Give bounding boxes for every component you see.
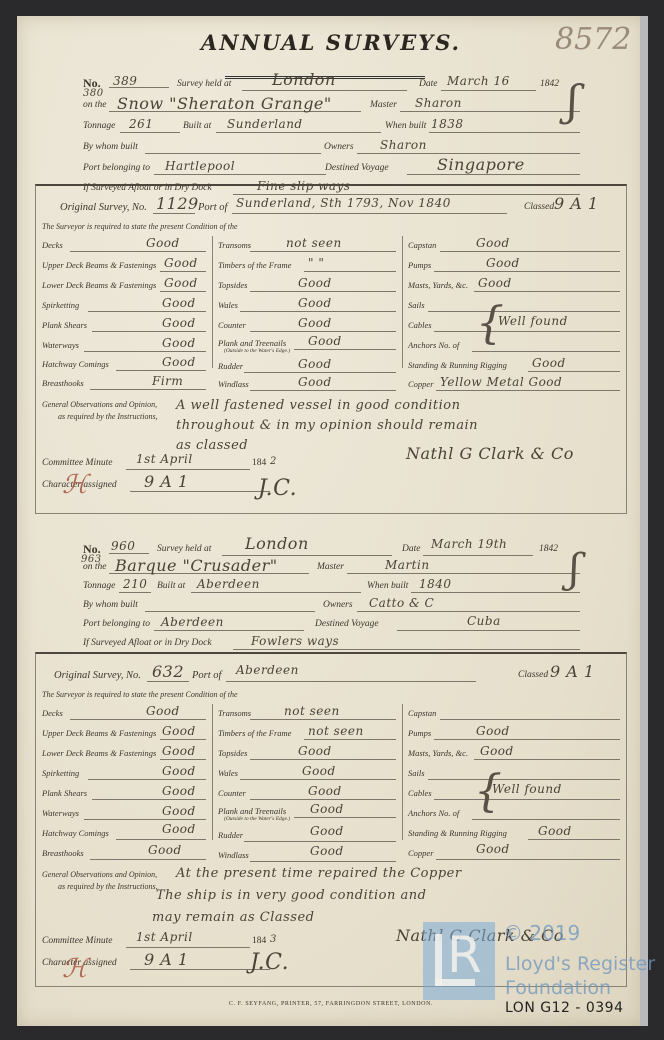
survey-number-alt: 380 (83, 88, 104, 99)
capstan-label: Capstan (408, 708, 436, 718)
owners-label: Owners (324, 142, 354, 152)
pumps-value: Good (486, 256, 520, 270)
watermark-line-2: Foundation (505, 977, 611, 999)
topsides-label: Topsides (218, 748, 247, 758)
counter-label: Counter (218, 320, 246, 330)
breasthooks-value: Firm (152, 374, 183, 388)
general-observations-label: General Observations and Opinion, (42, 870, 157, 879)
capstan-label: Capstan (408, 240, 436, 250)
vessel-value: Barque "Crusader" (115, 556, 278, 575)
committee-minute-label: Committee Minute (42, 936, 112, 946)
document-title: ANNUAL SURVEYS. (17, 30, 645, 55)
anchors-field (472, 808, 620, 820)
hatchway-comings-label: Hatchway Comings (42, 359, 109, 369)
topsides-value: Good (298, 276, 332, 290)
built-at-value: Aberdeen (197, 577, 260, 591)
rigging-label: Standing & Running Rigging (408, 828, 507, 838)
destined-voyage-value: Singapore (437, 155, 525, 174)
survey-number: 960 (111, 539, 135, 553)
classed-label: Classed (524, 202, 554, 212)
timbers-label: Timbers of the Frame (218, 728, 291, 738)
decks-value: Good (146, 236, 180, 250)
waterways-label: Waterways (42, 808, 79, 818)
committee-initials: J.C. (250, 950, 289, 975)
spirketting-label: Spirketting (42, 768, 79, 778)
hatchway-comings-value: Good (162, 822, 196, 836)
rudder-label: Rudder (218, 361, 243, 371)
red-initial-mark: ℋ (62, 954, 88, 984)
surveyor-signature: Nathl G Clark & Co (406, 444, 574, 463)
owners-value: Catto & C (369, 596, 434, 610)
pumps-field (434, 260, 620, 272)
rigging-label: Standing & Running Rigging (408, 360, 507, 370)
character-assigned-value: 9 A 1 (144, 950, 189, 969)
column-divider (402, 704, 403, 840)
master-value: Sharon (415, 96, 462, 110)
lower-deck-beams-label: Lower Deck Beams & Fastenings (42, 748, 156, 758)
column-divider (212, 704, 213, 840)
when-built-value: 1838 (431, 117, 464, 131)
archive-reference: LON G12 - 0394 (505, 1000, 624, 1016)
date-value: March 19th (431, 537, 507, 551)
decks-field (70, 708, 206, 720)
on-the-label: on the (83, 562, 106, 572)
destined-voyage-label: Destined Voyage (325, 163, 389, 173)
original-survey-value: 632 (152, 662, 184, 681)
timbers-value: not seen (308, 724, 364, 738)
spirketting-label: Spirketting (42, 300, 79, 310)
mount-edge (640, 16, 648, 1026)
destined-voyage-label: Destined Voyage (315, 619, 379, 629)
breasthooks-label: Breasthooks (42, 378, 84, 388)
observations-line-3: may remain as Classed (152, 910, 314, 925)
anchors-label: Anchors No. of (408, 808, 459, 818)
classed-value: 9 A 1 (550, 662, 595, 681)
port-belonging-label: Port belonging to (83, 163, 150, 173)
committee-initials: J.C. (258, 476, 297, 501)
watermark-line-1: Lloyd's Register (505, 953, 655, 975)
built-at-value: Sunderland (227, 117, 303, 131)
transoms-label: Transoms (218, 708, 251, 718)
capstan-field (440, 240, 620, 252)
port-of-value: Sunderland, Sth 1793, Nov 1840 (236, 196, 451, 210)
when-built-label: When built (367, 581, 408, 591)
original-survey-label: Original Survey, No. (60, 202, 147, 213)
survey-held-at-label: Survey held at (157, 544, 211, 554)
topsides-value: Good (298, 744, 332, 758)
by-whom-built-field (145, 600, 315, 612)
plank-treenails-label: Plank and Treenails (218, 806, 286, 816)
column-divider (402, 236, 403, 368)
rigging-value: Good (538, 824, 572, 838)
logo-r-glyph: R (447, 930, 482, 980)
spirketting-value: Good (162, 764, 196, 778)
on-the-label: on the (83, 100, 106, 110)
windlass-value: Good (310, 844, 344, 858)
transoms-value: not seen (284, 704, 340, 718)
wales-value: Good (298, 296, 332, 310)
pumps-label: Pumps (408, 260, 431, 270)
when-built-label: When built (385, 121, 426, 131)
cables-label: Cables (408, 320, 432, 330)
committee-minute-label: Committee Minute (42, 458, 112, 468)
pumps-field (434, 728, 620, 740)
survey-1-condition-box: Original Survey, No. 1129 Port of Sunder… (35, 184, 627, 514)
survey-number: 389 (113, 74, 137, 88)
observations-line-2: The ship is in very good condition and (156, 888, 426, 903)
timbers-value: " " (308, 256, 324, 270)
surveyor-required-label: The Surveyor is required to state the pr… (42, 222, 238, 231)
copper-field (436, 848, 620, 860)
observations-line-3: as classed (176, 438, 248, 453)
masts-yards-label: Masts, Yards, &c. (408, 280, 468, 290)
wales-label: Wales (218, 300, 238, 310)
windlass-value: Good (298, 375, 332, 389)
waterways-value: Good (162, 336, 196, 350)
by-whom-built-label: By whom built (83, 600, 138, 610)
breasthooks-field (90, 378, 206, 390)
classed-value: 9 A 1 (554, 194, 599, 213)
waterways-label: Waterways (42, 340, 79, 350)
decks-value: Good (146, 704, 180, 718)
sails-field (428, 768, 620, 780)
upper-deck-beams-value: Good (162, 724, 196, 738)
spirketting-value: Good (162, 296, 196, 310)
tonnage-label: Tonnage (83, 121, 115, 131)
copper-label: Copper (408, 379, 434, 389)
general-observations-sublabel: as required by the Instructions, (58, 412, 158, 421)
plank-treenails-note: (Outside to the Water's Edge.) (224, 348, 290, 354)
plank-treenails-note: (Outside to the Water's Edge.) (224, 816, 290, 822)
master-value: Martin (385, 558, 430, 572)
port-belonging-label: Port belonging to (83, 619, 150, 629)
copper-value: Yellow Metal Good (440, 375, 562, 389)
observations-line-1: At the present time repaired the Copper (176, 866, 462, 881)
built-at-label: Built at (157, 581, 185, 591)
plank-treenails-value: Good (308, 334, 342, 348)
topsides-label: Topsides (218, 280, 247, 290)
committee-minute-value: 1st April (136, 930, 193, 944)
survey-sheet: ANNUAL SURVEYS. 8572 No. 389 380 Survey … (17, 16, 645, 1026)
watermark-copyright: © 2019 (503, 921, 580, 945)
copper-label: Copper (408, 848, 434, 858)
anchors-field (472, 340, 620, 352)
by-whom-built-label: By whom built (83, 142, 138, 152)
windlass-label: Windlass (218, 379, 249, 389)
destined-voyage-value: Cuba (467, 614, 501, 628)
port-belonging-value: Aberdeen (161, 615, 224, 629)
waterways-value: Good (162, 804, 196, 818)
built-at-label: Built at (183, 121, 211, 131)
ledger-flourish: ʃ (567, 76, 578, 125)
lr-logo-watermark: R (423, 922, 495, 1000)
timbers-label: Timbers of the Frame (218, 260, 291, 270)
committee-year-suffix: 2 (270, 456, 277, 467)
upper-deck-beams-value: Good (164, 256, 198, 270)
pumps-value: Good (476, 724, 510, 738)
observations-line-1: A well fastened vessel in good condition (176, 398, 460, 413)
sails-label: Sails (408, 300, 425, 310)
decks-field (70, 240, 206, 252)
windlass-label: Windlass (218, 850, 249, 860)
committee-minute-value: 1st April (136, 452, 193, 466)
rudder-value: Good (310, 824, 344, 838)
rigging-value: Good (532, 356, 566, 370)
committee-year-prefix: 184 (252, 458, 266, 468)
transoms-label: Transoms (218, 240, 251, 250)
hatchway-comings-value: Good (162, 355, 196, 369)
capstan-value: Good (476, 236, 510, 250)
plank-shears-value: Good (162, 784, 196, 798)
owners-value: Sharon (380, 138, 427, 152)
tonnage-value: 210 (123, 577, 147, 591)
copper-value: Good (476, 842, 510, 856)
cables-label: Cables (408, 788, 432, 798)
rudder-value: Good (298, 357, 332, 371)
masts-yards-value: Good (480, 744, 514, 758)
port-of-label: Port of (198, 202, 227, 213)
plank-shears-value: Good (162, 316, 196, 330)
red-initial-mark: ℋ (62, 470, 88, 500)
surveyed-afloat-value: Fowlers ways (251, 634, 339, 648)
date-label: Date (402, 544, 420, 554)
surveyor-required-label: The Surveyor is required to state the pr… (42, 690, 238, 699)
date-value: March 16 (447, 74, 510, 88)
plank-shears-label: Plank Shears (42, 788, 87, 798)
general-observations-sublabel: as required by the Instructions, (58, 882, 158, 891)
lower-deck-beams-value: Good (164, 276, 198, 290)
plank-treenails-label: Plank and Treenails (218, 338, 286, 348)
pumps-label: Pumps (408, 728, 431, 738)
by-whom-built-field (145, 142, 321, 154)
year-value: 1842 (539, 544, 558, 554)
ledger-flourish: ʃ (569, 546, 580, 592)
master-label: Master (370, 100, 397, 110)
general-observations-label: General Observations and Opinion, (42, 400, 157, 409)
counter-label: Counter (218, 788, 246, 798)
breasthooks-label: Breasthooks (42, 848, 84, 858)
original-survey-value: 1129 (156, 194, 199, 213)
plank-treenails-value: Good (310, 802, 344, 816)
committee-year-suffix: 3 (270, 934, 277, 945)
when-built-value: 1840 (419, 577, 452, 591)
vessel-value: Snow "Sheraton Grange" (117, 94, 332, 113)
lower-deck-beams-value: Good (162, 744, 196, 758)
upper-deck-beams-label: Upper Deck Beams & Fastenings (42, 260, 156, 270)
owners-label: Owners (323, 600, 353, 610)
wales-value: Good (302, 764, 336, 778)
classed-label: Classed (518, 670, 548, 680)
date-label: Date (419, 79, 437, 89)
character-assigned-value: 9 A 1 (144, 472, 189, 491)
decks-label: Decks (42, 708, 63, 718)
column-divider (212, 236, 213, 368)
transoms-value: not seen (286, 236, 342, 250)
master-label: Master (317, 562, 344, 572)
upper-deck-beams-label: Upper Deck Beams & Fastenings (42, 728, 156, 738)
port-of-value: Aberdeen (236, 663, 299, 677)
anchors-label: Anchors No. of (408, 340, 459, 350)
folio-number: 8572 (555, 22, 631, 57)
survey-held-at-value: London (272, 70, 336, 89)
plank-shears-label: Plank Shears (42, 320, 87, 330)
surveyed-afloat-label: If Surveyed Afloat or in Dry Dock (83, 638, 212, 648)
capstan-field (440, 708, 620, 720)
cables-value: Well found (498, 314, 568, 328)
breasthooks-value: Good (148, 843, 182, 857)
hatchway-comings-label: Hatchway Comings (42, 828, 109, 838)
masts-yards-label: Masts, Yards, &c. (408, 748, 468, 758)
survey-held-at-label: Survey held at (177, 79, 231, 89)
survey-held-at-value: London (245, 534, 309, 553)
port-belonging-value: Hartlepool (165, 159, 235, 173)
lower-deck-beams-label: Lower Deck Beams & Fastenings (42, 280, 156, 290)
decks-label: Decks (42, 240, 63, 250)
masts-yards-value: Good (478, 276, 512, 290)
sails-label: Sails (408, 768, 425, 778)
counter-value: Good (298, 316, 332, 330)
tonnage-label: Tonnage (83, 581, 115, 591)
rudder-label: Rudder (218, 830, 243, 840)
counter-value: Good (308, 784, 342, 798)
sails-field (428, 300, 620, 312)
cables-value: Well found (492, 782, 562, 796)
committee-year-prefix: 184 (252, 936, 266, 946)
original-survey-label: Original Survey, No. (54, 670, 141, 681)
year-value: 1842 (540, 79, 559, 89)
tonnage-value: 261 (129, 117, 153, 131)
wales-label: Wales (218, 768, 238, 778)
master-field (347, 562, 580, 574)
port-of-label: Port of (192, 670, 221, 681)
observations-line-2: throughout & in my opinion should remain (176, 418, 478, 433)
